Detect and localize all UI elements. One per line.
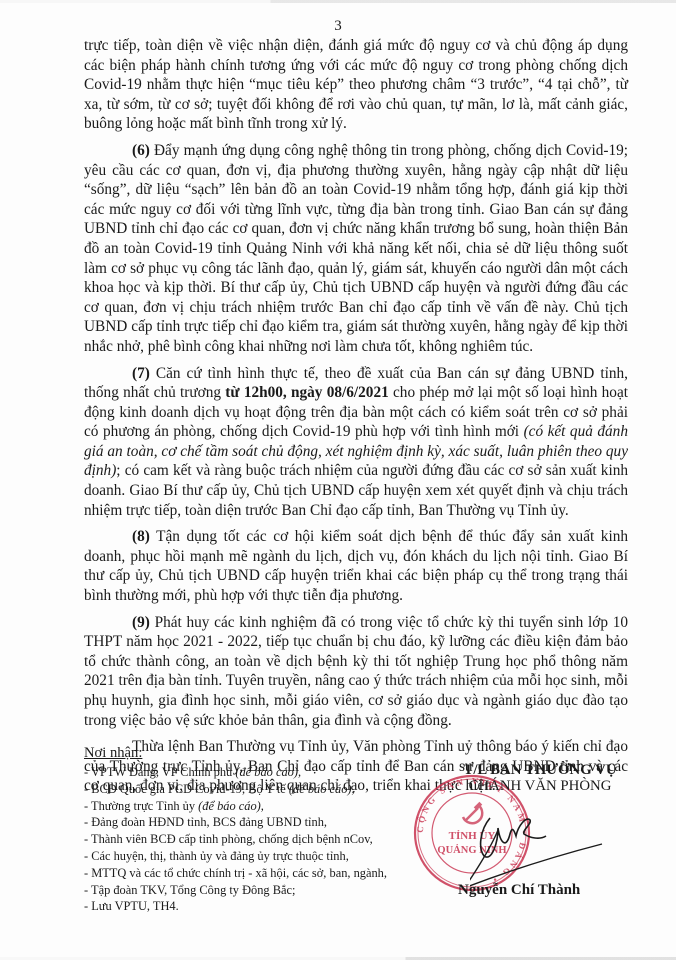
recipient-text: - MTTQ và các tổ chức chính trị - xã hội…	[84, 866, 387, 880]
text-segment: (7)	[132, 365, 150, 382]
text-segment: Phát huy các kinh nghiệm đã có trong việ…	[84, 614, 628, 729]
paragraph-item-8: (8) Tận dụng tốt các cơ hội kiểm soát dị…	[84, 527, 628, 605]
text-segment: (9)	[132, 614, 150, 631]
recipient-item: - MTTQ và các tổ chức chính trị - xã hội…	[84, 865, 444, 882]
recipient-text: - Thành viên BCĐ cấp tỉnh phòng, chống d…	[84, 832, 373, 846]
signer-name: Nguyễn Chí Thành	[458, 882, 580, 899]
recipients-list: - VPTW Đảng, VP Chính phủ (để báo cáo),-…	[84, 764, 444, 915]
text-segment: ; có cam kết và ràng buộc trách nhiệm củ…	[84, 462, 628, 518]
text-segment: Tận dụng tốt các cơ hội kiểm soát dịch b…	[84, 528, 628, 604]
recipient-item: - BCĐ Quốc gia PCD Covid-19, Bộ Y tế (để…	[84, 781, 444, 798]
recipient-text: - Tập đoàn TKV, Tổng Công ty Đông Bắc;	[84, 883, 295, 897]
recipient-text: - Thường trực Tỉnh ủy	[84, 799, 198, 813]
recipient-item: - Lưu VPTU, TH4.	[84, 898, 444, 915]
recipient-item: - Đảng đoàn HĐND tỉnh, BCS đảng UBND tỉn…	[84, 814, 444, 831]
recipient-text: - Các huyện, thị, thành ủy và đảng ủy tr…	[84, 849, 349, 863]
text-segment: (8)	[132, 528, 150, 545]
recipient-text: - VPTW Đảng, VP Chính phủ	[84, 765, 235, 779]
recipient-item: - Thành viên BCĐ cấp tỉnh phòng, chống d…	[84, 831, 444, 848]
text-segment: từ 12h00, ngày 08/6/2021	[225, 384, 388, 401]
signature-authority: T/L BAN THƯỜNG VỤ	[430, 762, 650, 778]
handwritten-signature	[470, 790, 610, 890]
text-segment: (6)	[132, 142, 150, 159]
text-segment: Đẩy mạnh ứng dụng công nghệ thông tin tr…	[84, 142, 628, 355]
document-page: 3 trực tiếp, toàn diện về việc nhận diện…	[0, 0, 676, 960]
recipients-title: Nơi nhận:	[84, 744, 444, 763]
paragraph-continuation: trực tiếp, toàn diện về việc nhận diện, …	[84, 36, 628, 134]
paragraph-item-6: (6) Đẩy mạnh ứng dụng công nghệ thông ti…	[84, 141, 628, 357]
recipient-item: - Tập đoàn TKV, Tổng Công ty Đông Bắc;	[84, 882, 444, 899]
paragraph-item-9: (9) Phát huy các kinh nghiệm đã có trong…	[84, 613, 628, 731]
recipients-block: Nơi nhận: - VPTW Đảng, VP Chính phủ (để …	[84, 744, 444, 915]
recipient-item: - Thường trực Tỉnh ủy (để báo cáo),	[84, 798, 444, 815]
recipient-text: - Lưu VPTU, TH4.	[84, 899, 179, 913]
recipient-item: - VPTW Đảng, VP Chính phủ (để báo cáo),	[84, 764, 444, 781]
recipient-text: - Đảng đoàn HĐND tỉnh, BCS đảng UBND tỉn…	[84, 815, 327, 829]
recipient-text: - BCĐ Quốc gia PCD Covid-19, Bộ Y tế	[84, 782, 289, 796]
scan-edge-top	[0, 0, 676, 3]
paragraph-item-7: (7) Căn cứ tình hình thực tế, theo đề xu…	[84, 364, 628, 521]
document-body: trực tiếp, toàn diện về việc nhận diện, …	[84, 36, 628, 803]
recipient-note: (để báo cáo),	[235, 765, 301, 779]
recipient-note: (để báo cáo),	[198, 799, 264, 813]
page-number: 3	[0, 18, 676, 35]
text-segment: trực tiếp, toàn diện về việc nhận diện, …	[84, 37, 628, 132]
recipient-note: (để báo cáo),	[289, 782, 355, 796]
recipient-item: - Các huyện, thị, thành ủy và đảng ủy tr…	[84, 848, 444, 865]
